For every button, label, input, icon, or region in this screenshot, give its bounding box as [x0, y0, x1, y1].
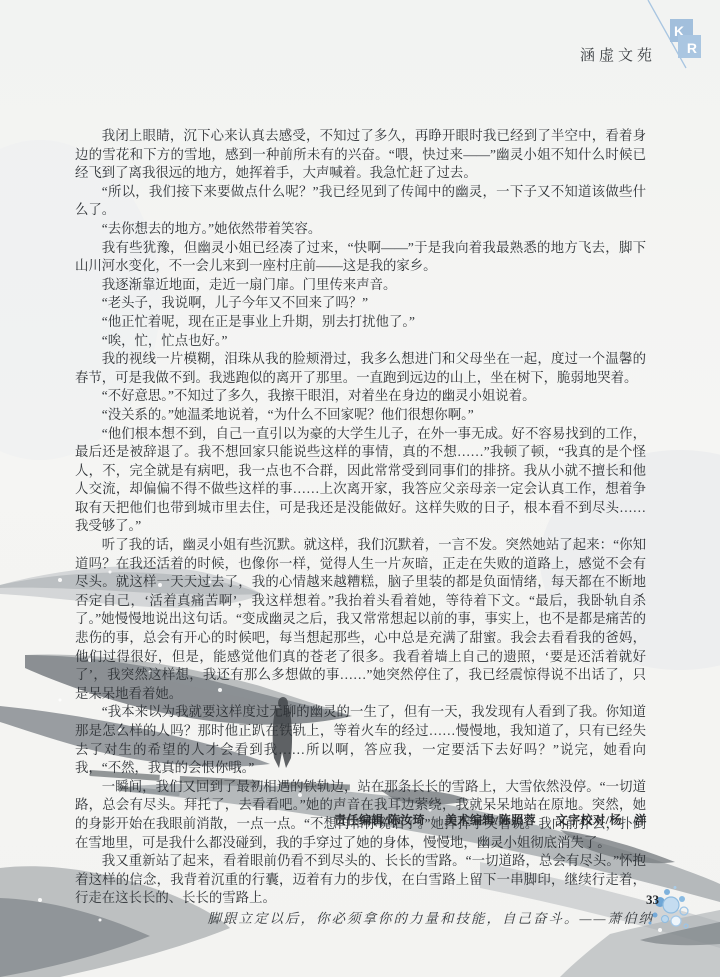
- footer-quote: 脚跟立定以后，你必须拿你的力量和技能，自己奋斗。——萧伯纳: [207, 907, 654, 927]
- story-paragraph: “唉，忙，忙点也好。”: [75, 332, 646, 351]
- story-body: 我闭上眼睛，沉下心来认真去感受，不知过了多久，再睁开眼时我已经到了半空中，看着身…: [75, 127, 646, 908]
- story-paragraph: “所以，我们接下来要做点什么呢？”我已经见到了传闻中的幽灵，一下子又不知道该做些…: [75, 183, 646, 220]
- story-paragraph: “我本来以为我就要这样度过无聊的幽灵的一生了，但有一天，我发现有人看到了我。你知…: [75, 703, 646, 777]
- magazine-page: K R 涵虚文苑 我闭上眼睛，沉下心来认真去感受，不知过了多久，再睁开眼时我已经…: [0, 0, 720, 977]
- story-paragraph: 我有些犹豫，但幽灵小姐已经凑了过来，“快啊——”于是我向着我最熟悉的地方飞去，脚…: [75, 239, 646, 276]
- logo-letter-r: R: [678, 35, 701, 58]
- story-paragraph: “不好意思。”不知过了多久，我擦干眼泪，对着坐在身边的幽灵小姐说着。: [75, 387, 646, 406]
- story-paragraph: 我闭上眼睛，沉下心来认真去感受，不知过了多久，再睁开眼时我已经到了半空中，看着身…: [75, 127, 646, 183]
- story-paragraph: 我的视线一片模糊，泪珠从我的脸颊滑过，我多么想进门和父母坐在一起，度过一个温馨的…: [75, 350, 646, 387]
- story-paragraph: “他正忙着呢，现在正是事业上升期，别去打扰他了。”: [75, 313, 646, 332]
- credits-line: 责任编辑/陈汝琦 美术编辑/陈照蓉 文字校对/杨 洋: [334, 811, 647, 828]
- story-paragraph: 我又重新站了起来，看着眼前仍看不到尽头的、长长的雪路。“一切道路，总会有尽头。”…: [75, 852, 646, 908]
- credit-editor: 责任编辑/陈汝琦: [334, 813, 425, 827]
- story-paragraph: “没关系的。”她温柔地说着，“为什么不回家呢？他们很想你啊。”: [75, 406, 646, 425]
- section-title: 涵虚文苑: [580, 44, 656, 65]
- story-paragraph: “去你想去的地方。”她依然带着笑容。: [75, 220, 646, 239]
- story-paragraph: 听了我的话，幽灵小姐有些沉默。就这样，我们沉默着，一言不发。突然她站了起来：“你…: [75, 536, 646, 703]
- credit-proofreader: 文字校对/杨 洋: [556, 813, 647, 827]
- story-paragraph: “他们根本想不到，自己一直引以为豪的大学生儿子，在外一事无成。好不容易找到的工作…: [75, 425, 646, 537]
- page-number: 33: [646, 892, 659, 908]
- story-paragraph: “老头子，我说啊，儿子今年又不回来了吗？”: [75, 294, 646, 313]
- story-paragraph: 我逐渐靠近地面，走近一扇门扉。门里传来声音。: [75, 276, 646, 295]
- credit-art-editor: 美术编辑/陈照蓉: [445, 813, 536, 827]
